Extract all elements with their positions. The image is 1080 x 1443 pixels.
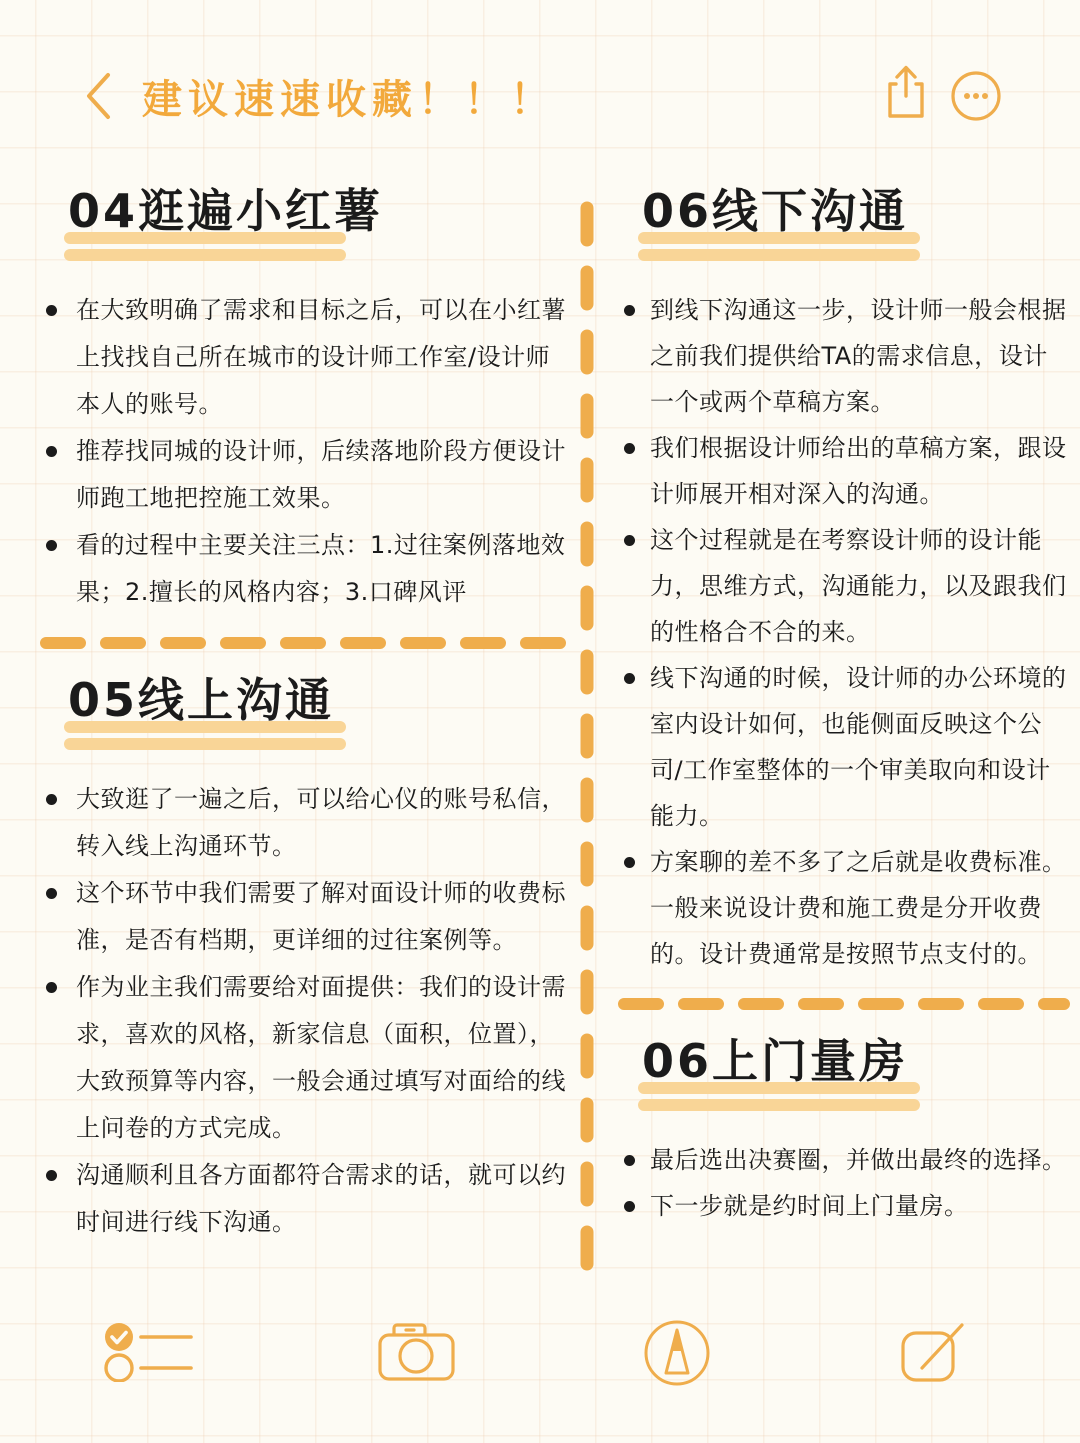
heading-highlight <box>638 249 920 261</box>
bullet-item: 看的过程中主要关注三点：1.过往案例落地效果；2.擅长的风格内容；3.口碑风评 <box>40 522 570 616</box>
camera-icon[interactable] <box>378 1322 456 1385</box>
bullet-item: 推荐找同城的设计师，后续落地阶段方便设计师跑工地把控施工效果。 <box>40 428 570 522</box>
left-column: 04逛遍小红薯 在大致明确了需求和目标之后，可以在小红薯上找找自己所在城市的设计… <box>40 185 570 1264</box>
bullet-list: 在大致明确了需求和目标之后，可以在小红薯上找找自己所在城市的设计师工作室/设计师… <box>40 287 570 616</box>
share-icon[interactable] <box>882 62 930 122</box>
note-page: 建议速速收藏！！！ 04逛遍小红薯 <box>0 0 1080 1443</box>
bullet-item: 在大致明确了需求和目标之后，可以在小红薯上找找自己所在城市的设计师工作室/设计师… <box>40 287 570 428</box>
bullet-list: 最后选出决赛圈，并做出最终的选择。下一步就是约时间上门量房。 <box>618 1137 1070 1229</box>
section-heading: 06上门量房 <box>642 1035 1070 1088</box>
compass-icon[interactable] <box>642 1318 712 1391</box>
back-icon[interactable] <box>82 70 116 122</box>
section-06-offline: 06线下沟通 到线下沟通这一步，设计师一般会根据之前我们提供给TA的需求信息，设… <box>618 185 1070 977</box>
section-05: 05线上沟通 大致逛了一遍之后，可以给心仪的账号私信，转入线上沟通环节。这个环节… <box>40 674 570 1246</box>
bullet-item: 到线下沟通这一步，设计师一般会根据之前我们提供给TA的需求信息，设计一个或两个草… <box>618 287 1070 425</box>
bullet-item: 下一步就是约时间上门量房。 <box>618 1183 1070 1229</box>
bullet-item: 沟通顺利且各方面都符合需求的话，就可以约时间进行线下沟通。 <box>40 1152 570 1246</box>
bullet-item: 线下沟通的时候，设计师的办公环境的室内设计如何，也能侧面反映这个公司/工作室整体… <box>618 655 1070 839</box>
bullet-item: 最后选出决赛圈，并做出最终的选择。 <box>618 1137 1070 1183</box>
bullet-item: 作为业主我们需要给对面提供：我们的设计需求，喜欢的风格，新家信息（面积，位置），… <box>40 964 570 1152</box>
checklist-icon[interactable] <box>103 1322 195 1385</box>
heading-highlight <box>64 738 346 750</box>
section-06-measure: 06上门量房 最后选出决赛圈，并做出最终的选择。下一步就是约时间上门量房。 <box>618 1035 1070 1229</box>
heading-highlight <box>638 1099 920 1111</box>
right-column: 06线下沟通 到线下沟通这一步，设计师一般会根据之前我们提供给TA的需求信息，设… <box>618 185 1070 1247</box>
bullet-item: 这个过程就是在考察设计师的设计能力，思维方式，沟通能力，以及跟我们的性格合不合的… <box>618 517 1070 655</box>
compose-icon[interactable] <box>900 1322 966 1387</box>
section-heading: 04逛遍小红薯 <box>68 185 570 238</box>
bullet-item: 大致逛了一遍之后，可以给心仪的账号私信，转入线上沟通环节。 <box>40 776 570 870</box>
more-options-icon[interactable] <box>950 70 1002 122</box>
bullet-list: 大致逛了一遍之后，可以给心仪的账号私信，转入线上沟通环节。这个环节中我们需要了解… <box>40 776 570 1246</box>
top-bar: 建议速速收藏！！！ <box>0 60 1080 140</box>
bullet-item: 我们根据设计师给出的草稿方案，跟设计师展开相对深入的沟通。 <box>618 425 1070 517</box>
bullet-item: 方案聊的差不多了之后就是收费标准。一般来说设计费和施工费是分开收费的。设计费通常… <box>618 839 1070 977</box>
bottom-toolbar <box>0 1318 1080 1398</box>
section-heading: 06线下沟通 <box>642 185 1070 238</box>
column-divider <box>578 198 596 1288</box>
section-04: 04逛遍小红薯 在大致明确了需求和目标之后，可以在小红薯上找找自己所在城市的设计… <box>40 185 570 616</box>
section-divider <box>40 634 570 652</box>
bullet-item: 这个环节中我们需要了解对面设计师的收费标准，是否有档期，更详细的过往案例等。 <box>40 870 570 964</box>
heading-highlight <box>64 249 346 261</box>
section-heading: 05线上沟通 <box>68 674 570 727</box>
bullet-list: 到线下沟通这一步，设计师一般会根据之前我们提供给TA的需求信息，设计一个或两个草… <box>618 287 1070 977</box>
page-title: 建议速速收藏！！！ <box>142 68 556 125</box>
section-divider <box>618 995 1070 1013</box>
